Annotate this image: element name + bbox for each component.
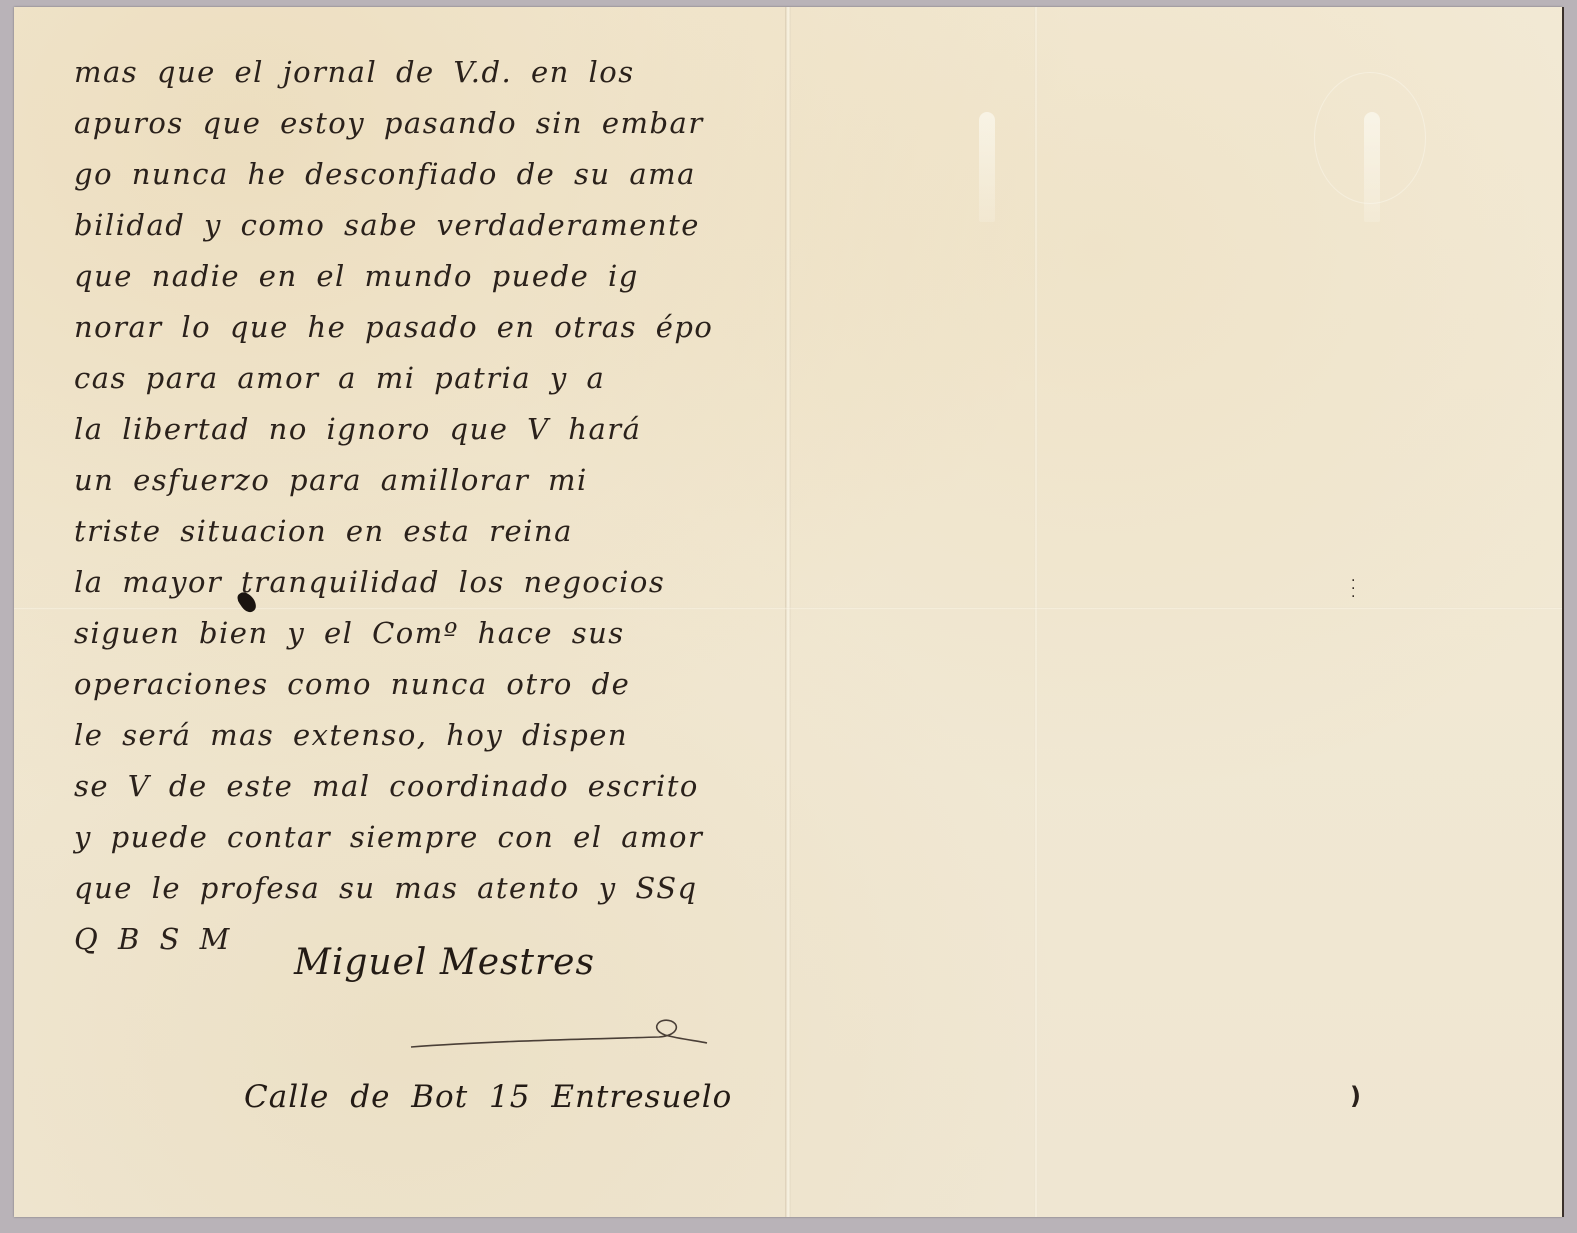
letter-line: mas que el jornal de V.d. en los <box>74 47 794 98</box>
letter-line: la mayor tranquilidad los negocios <box>74 557 794 608</box>
letter-paper: mas que el jornal de V.d. en los apuros … <box>14 7 1562 1217</box>
watermark-mark-left <box>979 112 995 222</box>
signature-flourish <box>409 1017 709 1057</box>
letter-line: le será mas extenso, hoy dispen <box>74 710 794 761</box>
letter-line: que nadie en el mundo puede ig <box>74 251 794 302</box>
letter-line: go nunca he desconfiado de su ama <box>74 149 794 200</box>
letter-line: cas para amor a mi patria y a <box>74 353 794 404</box>
ink-speck-dots: ··· <box>1351 577 1355 601</box>
letter-line: siguen bien y el Comº hace sus <box>74 608 794 659</box>
paper-fold-vertical-secondary <box>1034 7 1038 1217</box>
letter-line: un esfuerzo para amillorar mi <box>74 455 794 506</box>
watermark-circle <box>1314 72 1426 204</box>
letter-line: la libertad no ignoro que V hará <box>74 404 794 455</box>
signature: Miguel Mestres <box>294 942 595 983</box>
letter-body: mas que el jornal de V.d. en los apuros … <box>74 47 794 965</box>
letter-line: bilidad y como sabe verdaderamente <box>74 200 794 251</box>
letter-line: triste situacion en esta reina <box>74 506 794 557</box>
letter-line: que le profesa su mas atento y SSq <box>74 863 794 914</box>
ink-mark: ) <box>1350 1082 1361 1110</box>
letter-line: y puede contar siempre con el amor <box>74 812 794 863</box>
letter-line: apuros que estoy pasando sin embar <box>74 98 794 149</box>
letter-line: se V de este mal coordinado escrito <box>74 761 794 812</box>
sender-address: Calle de Bot 15 Entresuelo <box>244 1079 732 1115</box>
letter-line: norar lo que he pasado en otras épo <box>74 302 794 353</box>
letter-line: operaciones como nunca otro de <box>74 659 794 710</box>
